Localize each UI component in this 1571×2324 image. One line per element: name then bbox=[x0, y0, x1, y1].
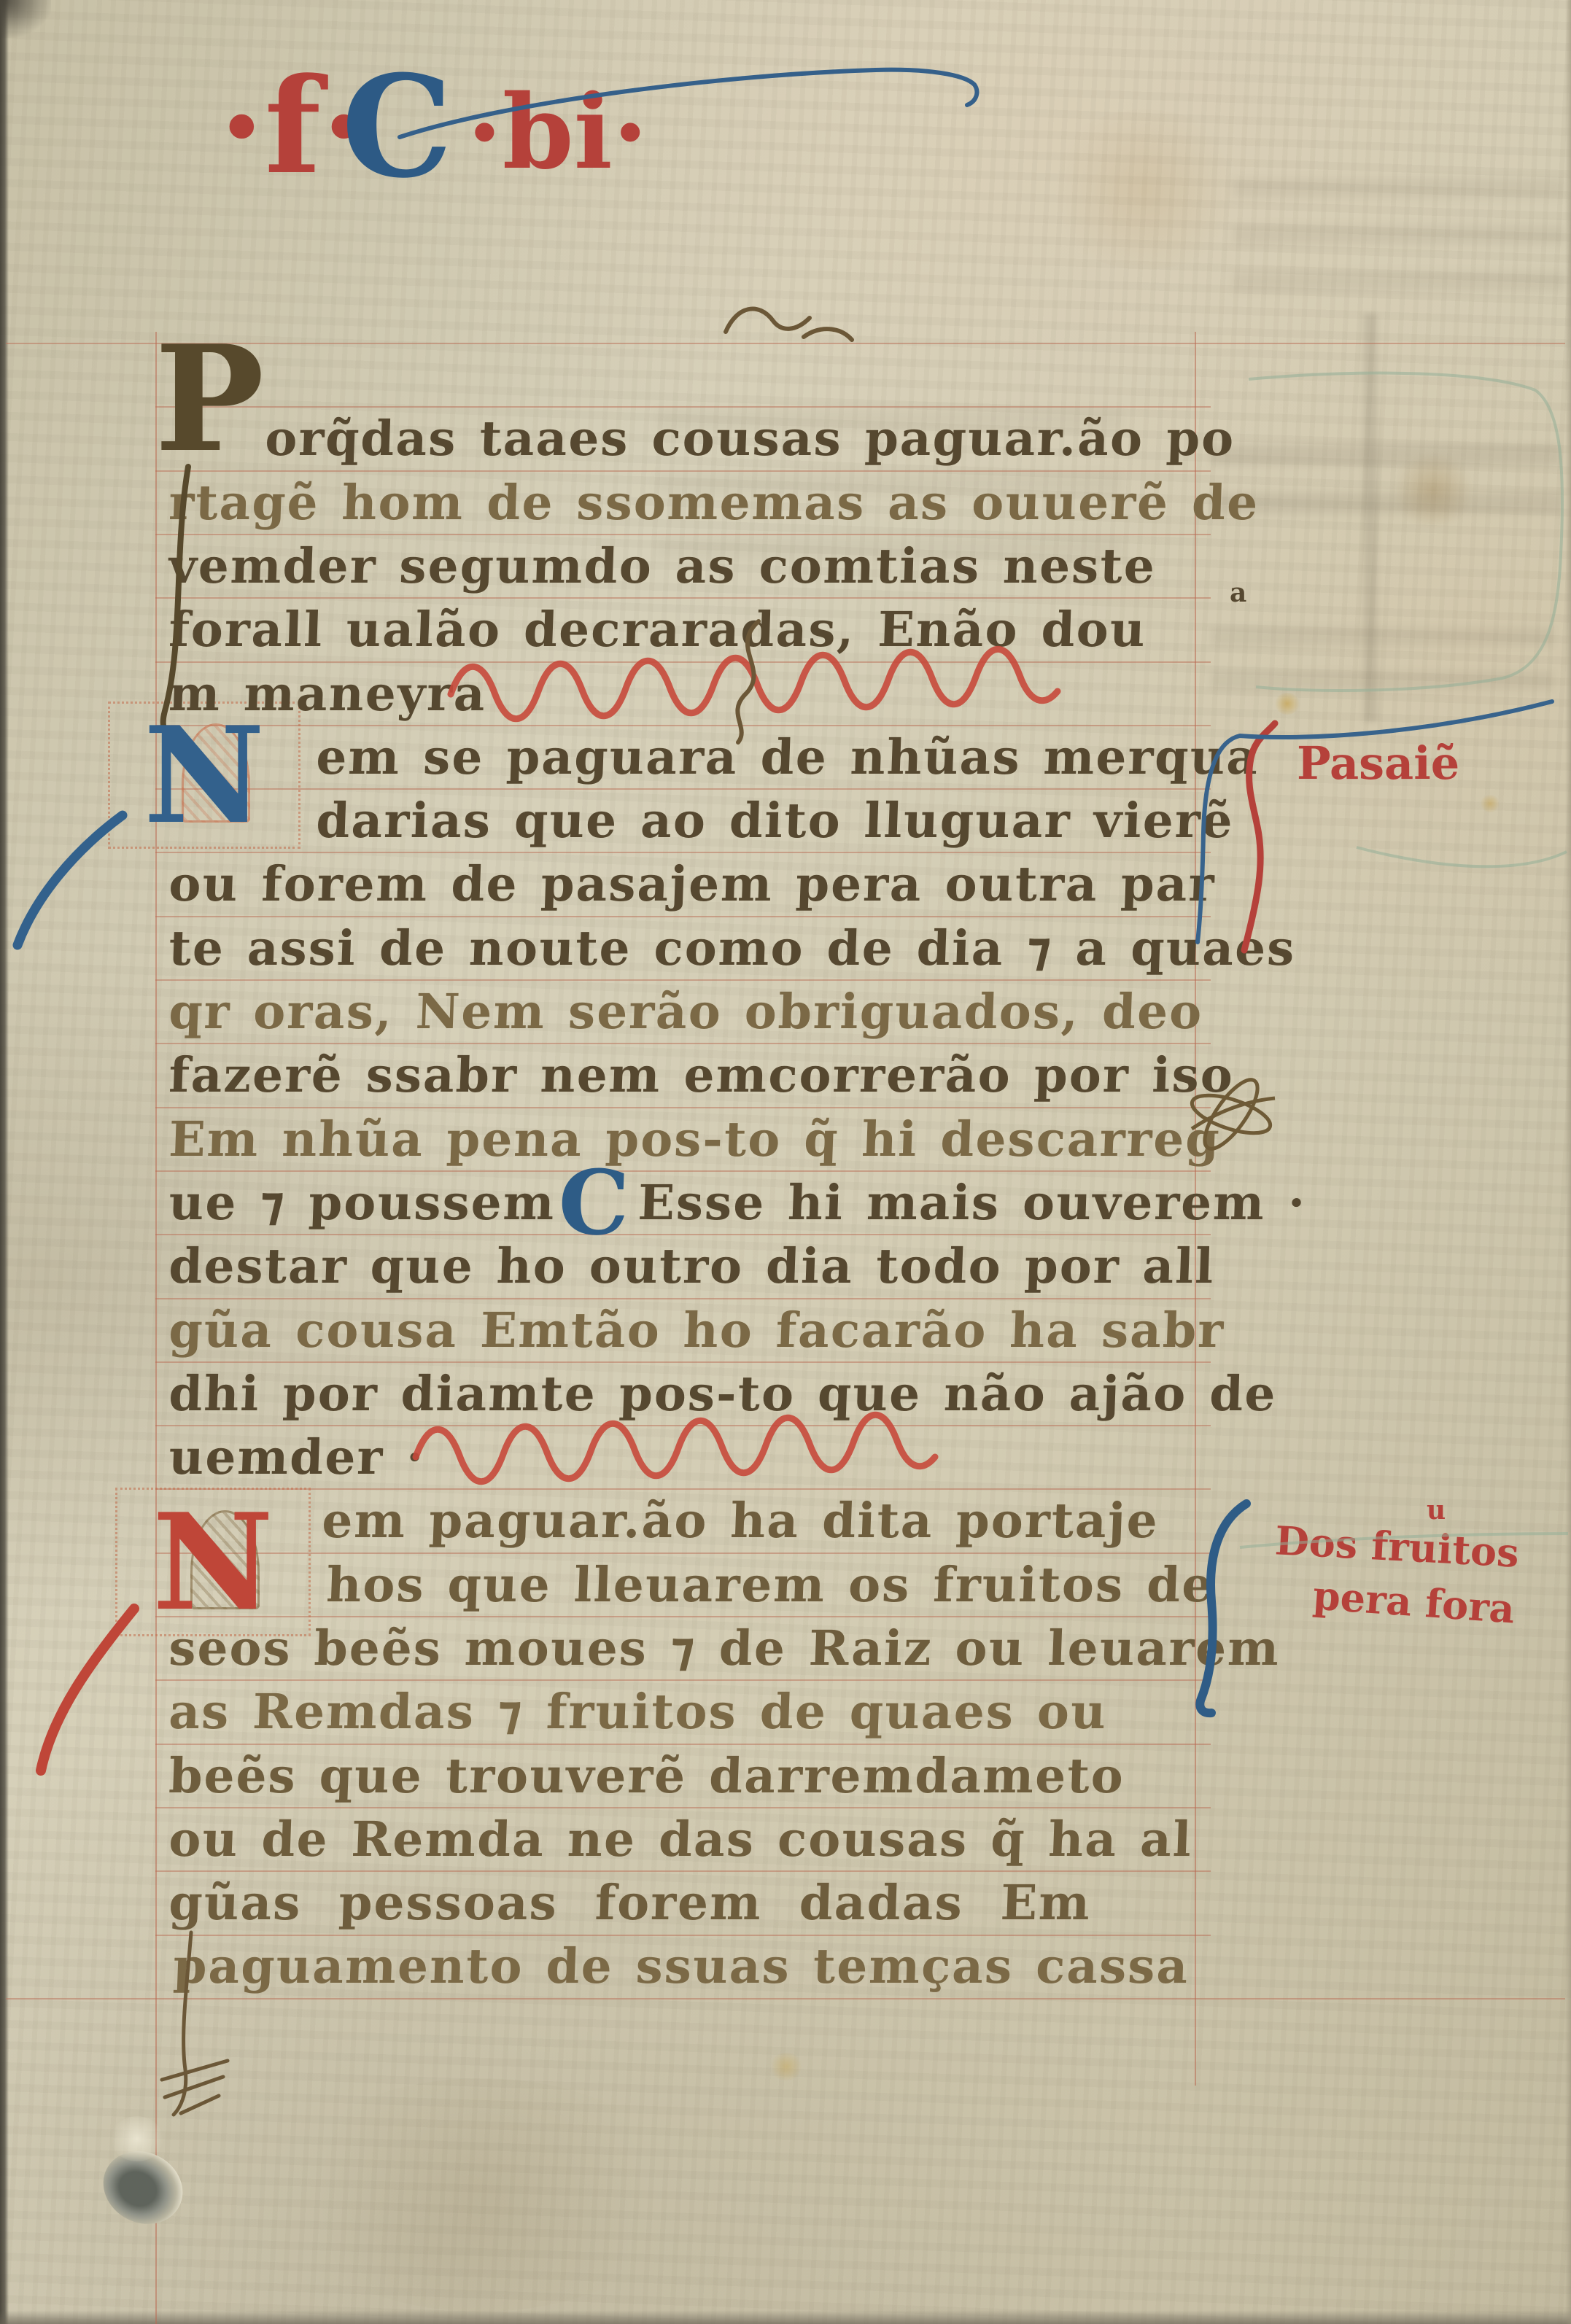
margin-note-fruitos-line1: Dos fruitos bbox=[1274, 1520, 1520, 1572]
text-line: destar que ho outro dia todo por all bbox=[168, 1234, 1216, 1298]
initial-n-blue-tail bbox=[18, 815, 123, 945]
text-line: te assi de noute como de dia ⁊ a quaes bbox=[168, 916, 1297, 980]
text-line: gũas pessoas forem dadas Em bbox=[168, 1870, 1093, 1935]
ruling-line bbox=[6, 1998, 1565, 2000]
show-through-text bbox=[1211, 627, 1553, 707]
stain bbox=[769, 2053, 803, 2080]
text-line: qr oras, Nem serão obriguados, deo bbox=[168, 979, 1204, 1044]
text-line: vemder segumdo as comtias neste bbox=[168, 534, 1157, 598]
parchment-hole bbox=[90, 2137, 195, 2237]
margin-note-superscript: u bbox=[1427, 1495, 1446, 1526]
text-line-segment: Esse hi mais ouverem · bbox=[637, 1174, 1307, 1231]
page-edge-bottom bbox=[0, 2310, 1571, 2324]
text-line: em paguar.ão ha dita portaje bbox=[321, 1488, 1160, 1552]
text-line-segment: ue ⁊ poussem bbox=[168, 1174, 556, 1231]
text-line: dhi por diamte pos-to que não ajão de bbox=[168, 1361, 1278, 1426]
text-line: darias que ao dito lluguar vierẽ bbox=[315, 788, 1235, 852]
stain bbox=[277, 2078, 686, 2312]
text-line: gũa cousa Emtão ho facarão ha sabr bbox=[168, 1298, 1226, 1362]
stain bbox=[1389, 456, 1477, 525]
superscript-abbreviation: a bbox=[1230, 578, 1246, 608]
text-line: fazerẽ ssabr nem emcorrerão por iso bbox=[168, 1043, 1235, 1107]
ascender-flourish bbox=[726, 309, 852, 340]
manuscript-page: ·f· C ·bi· P N N orq̃das taaes cousas pa… bbox=[0, 0, 1571, 2324]
text-line: em se paguara de nhũas merqua bbox=[315, 725, 1260, 789]
text-line: hos que lleuarem os fruitos de bbox=[325, 1552, 1215, 1617]
show-through-fold bbox=[1364, 314, 1377, 722]
text-line: forall ualão decraradas, Enão dou bbox=[168, 597, 1147, 661]
show-through-text bbox=[1211, 445, 1561, 532]
text-line: beẽs que trouverẽ darremdameto bbox=[168, 1744, 1125, 1808]
initial-p-paragraph1: P bbox=[155, 327, 264, 473]
text-line: ou de Remda ne das cousas q̃ ha al bbox=[168, 1807, 1194, 1871]
stain bbox=[1275, 693, 1300, 715]
margin-note-pasaie: Pasaiẽ bbox=[1297, 741, 1459, 786]
folio-numeral: ·bi· bbox=[467, 73, 648, 193]
text-line: paguamento de ssuas temças cassa bbox=[172, 1934, 1190, 1998]
text-line: ou forem de pasajem pera outra par bbox=[168, 852, 1217, 916]
stain bbox=[1043, 109, 1247, 270]
ruling-line-vertical-left bbox=[155, 332, 157, 2324]
initial-n-paragraph3: N bbox=[152, 1496, 274, 1628]
page-edge-right bbox=[1565, 0, 1571, 2324]
text-line: seos beẽs moues ⁊ de Raiz ou leuarem bbox=[168, 1616, 1281, 1680]
page-edge-left bbox=[0, 0, 9, 2324]
page-corner-topleft bbox=[0, 0, 51, 38]
folio-paraph: C bbox=[341, 45, 453, 209]
initial-n-paragraph2: N bbox=[144, 709, 265, 842]
text-line: as Remdas ⁊ fruitos de quaes ou bbox=[168, 1679, 1109, 1744]
show-through-text bbox=[1233, 179, 1564, 314]
text-line: rtagẽ hom de ssomemas as ouuerẽ de bbox=[168, 470, 1260, 535]
text-line: ue ⁊ poussemCEsse hi mais ouverem · bbox=[168, 1170, 1308, 1235]
margin-note-fruitos-line2: pera fora bbox=[1311, 1575, 1516, 1628]
text-line: orq̃das taaes cousas paguar.ão po bbox=[264, 406, 1236, 470]
illuminated-initial-frame-red: N bbox=[115, 1488, 311, 1636]
text-line: uemder · bbox=[168, 1425, 426, 1489]
stain bbox=[1481, 795, 1500, 812]
text-line: Em nhũa pena pos-to q̃ hi descarreg bbox=[168, 1107, 1222, 1171]
